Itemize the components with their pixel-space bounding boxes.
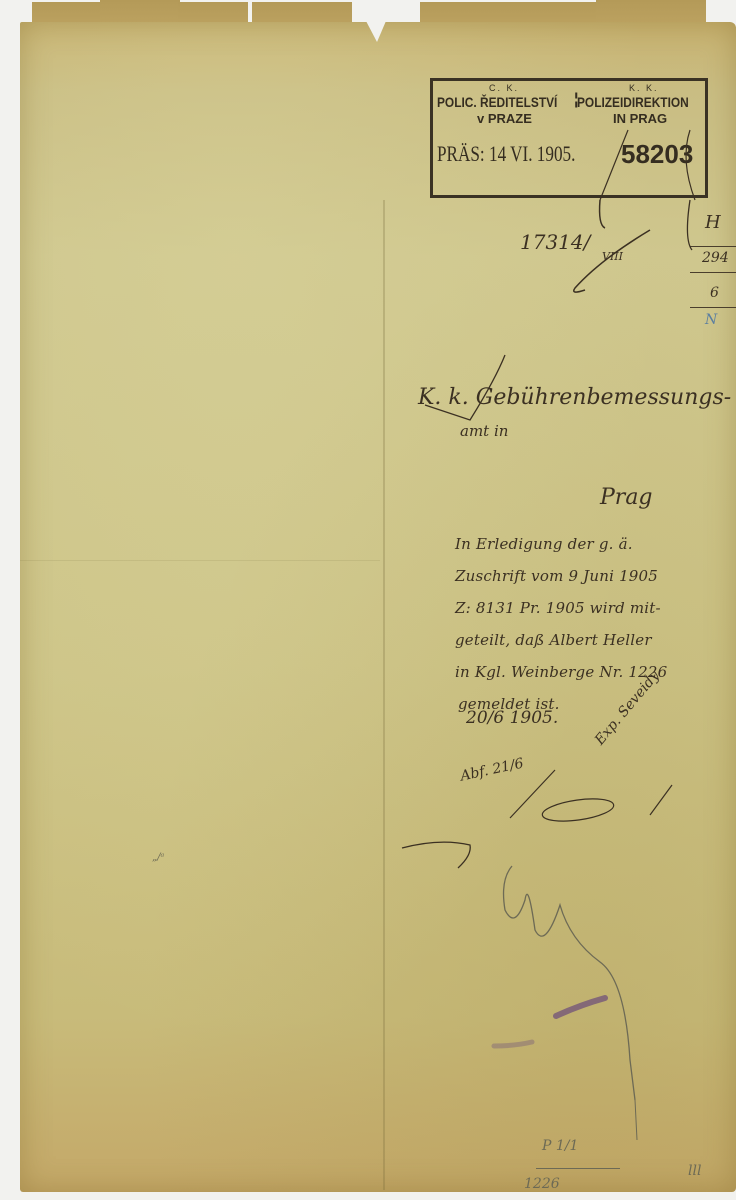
- police-stamp: C. K. K. K. POLIC. ŘEDITELSTVÍ ¦ POLIZEI…: [430, 78, 708, 198]
- stamp-czech-city: v PRAZE: [477, 111, 532, 126]
- vertical-fold: [383, 200, 385, 1190]
- side-divider: [690, 307, 736, 308]
- address-line-2: amt in: [460, 422, 508, 440]
- reference-suffix: VIII: [602, 250, 623, 263]
- pencil-mark: „/ᵃ: [152, 852, 164, 863]
- address-line-1: K. k. Gebührenbemessungs-: [418, 385, 731, 410]
- stamp-german-title: POLIZEIDIREKTION: [577, 94, 689, 110]
- city: Prag: [600, 485, 653, 510]
- body-line: Z: 8131 Pr. 1905 wird mit-: [455, 599, 661, 617]
- body-line: in Kgl. Weinberge Nr. 1226: [455, 663, 667, 681]
- stamp-ck: C. K.: [489, 83, 519, 93]
- stamp-czech-title: POLIC. ŘEDITELSTVÍ: [437, 94, 557, 110]
- side-mark: N: [705, 312, 717, 328]
- letter-date: 20/6 1905.: [466, 708, 558, 728]
- side-number-1: 294: [702, 250, 729, 266]
- body-line: In Erledigung der g. ä.: [455, 535, 633, 553]
- bottom-corner-mark: lll: [688, 1163, 701, 1179]
- side-number-2: 6: [710, 285, 719, 301]
- body-line: geteilt, daß Albert Heller: [455, 631, 652, 649]
- bottom-fraction-bottom: 1226: [524, 1176, 560, 1192]
- bottom-fraction-top: P 1/1: [542, 1138, 578, 1154]
- body-line: Zuschrift vom 9 Juni 1905: [455, 567, 658, 585]
- side-divider: [690, 272, 736, 273]
- stamp-kk: K. K.: [629, 83, 659, 93]
- horizontal-fold: [20, 560, 380, 561]
- stamp-date: PRÄS: 14 VI. 1905.: [437, 141, 575, 167]
- side-divider: [690, 246, 736, 247]
- bottom-fraction-line: [536, 1168, 620, 1169]
- reference-number: 17314/: [520, 230, 590, 254]
- side-letter: H: [705, 212, 721, 233]
- stamp-german-city: IN PRAG: [613, 111, 667, 126]
- stamp-number: 58203: [621, 139, 693, 170]
